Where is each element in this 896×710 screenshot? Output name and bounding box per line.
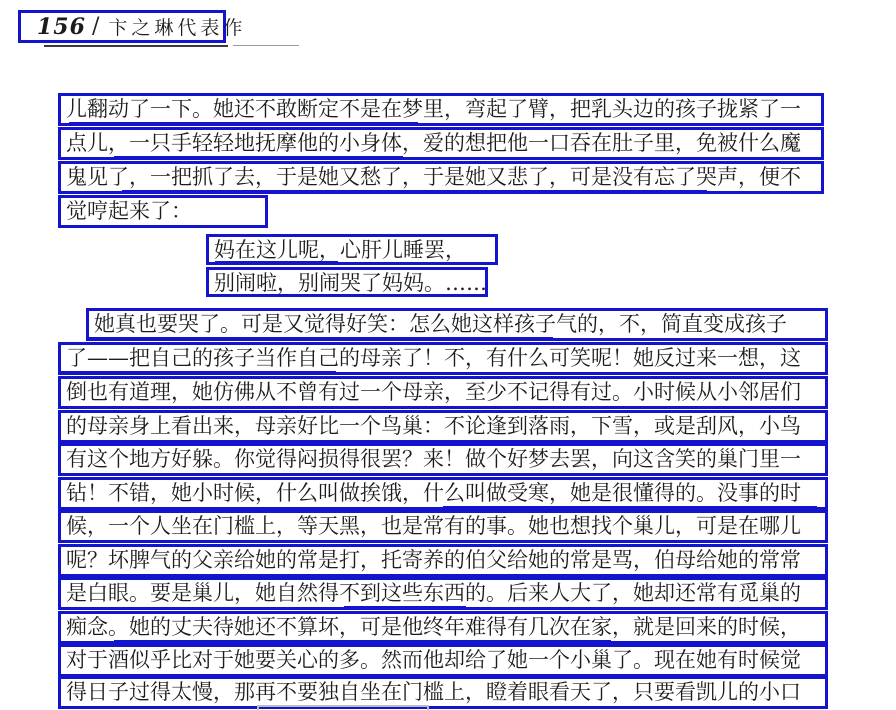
ocr-line-text: 钻！不错，她小时候，什么叫做挨饿，什么叫做受寒，她是很懂得的。没事的时 <box>61 480 825 506</box>
word-annotation-underline <box>122 190 707 193</box>
word-annotation-underline <box>114 156 403 159</box>
word-annotation-underline <box>114 640 611 643</box>
ocr-line-box: 别闹啦，别闹哭了妈妈。…… <box>206 267 488 297</box>
book-title: 卞之琳代表作 <box>108 13 246 40</box>
word-annotation-underline <box>89 337 553 340</box>
ocr-line-text: 点儿，一只手轻轻地抚摩他的小身体，爱的想把他一口吞在肚子里，免被什么魔 <box>61 130 821 156</box>
ocr-line-box: 是白眼。要是巢儿，她自然得不到这些东西的。后来人大了，她却还常有觅巢的 <box>58 577 828 610</box>
ocr-line-text: 觉哼起来了： <box>61 198 265 224</box>
ocr-line-text: 儿翻动了一下。她还不敢断定不是在梦里，弯起了臂，把乳头边的孩子拢紧了一 <box>61 96 821 122</box>
ocr-line-box: 痴念。她的丈夫待她还不算坏，可是他终年难得有几次在家，就是回来的时候， <box>58 611 828 644</box>
ocr-line-box: 呢？坏脾气的父亲给她的常是打，托寄养的伯父给她的常是骂，伯母给她的常常 <box>58 544 828 577</box>
ocr-line-text: 痴念。她的丈夫待她还不算坏，可是他终年难得有几次在家，就是回来的时候， <box>61 614 825 640</box>
ocr-line-box: 她真也要哭了。可是又觉得好笑：怎么她这样孩子气的，不，简直变成孩子 <box>86 308 828 341</box>
word-annotation-underline <box>69 122 419 125</box>
header-rule-light <box>233 45 299 46</box>
scanned-page: 156 / 卞之琳代表作 儿翻动了一下。她还不敢断定不是在梦里，弯起了臂，把乳头… <box>0 0 896 710</box>
ocr-line-text: 呢？坏脾气的父亲给她的常是打，托寄养的伯父给她的常是骂，伯母给她的常常 <box>61 547 825 573</box>
ocr-line-box: 鬼见了，一把抓了去，于是她又愁了，于是她又悲了，可是没有忘了哭声，便不 <box>58 161 824 194</box>
ocr-line-text: 有这个地方好躲。你觉得闷损得很罢？来！做个好梦去罢，向这含笑的巢门里一 <box>61 446 825 472</box>
ocr-line-text: 候，一个人坐在门槛上，等天黑，也是常有的事。她也想找个巢儿，可是在哪儿 <box>61 513 825 539</box>
word-annotation-underline <box>443 506 817 509</box>
ocr-line-text: 别闹啦，别闹哭了妈妈。…… <box>209 270 485 296</box>
ocr-line-box: 倒也有道理，她仿佛从不曾有过一个母亲，至少不记得有过。小时候从小邻居们 <box>58 376 828 409</box>
ocr-line-box: 的母亲身上看出来，母亲好比一个鸟巢：不论逢到落雨，下雪，或是刮风，小鸟 <box>58 410 828 443</box>
word-annotation-underline <box>344 606 466 609</box>
page-number: 156 <box>37 14 86 40</box>
word-annotation-underline <box>215 261 338 264</box>
ocr-line-box: 点儿，一只手轻轻地抚摩他的小身体，爱的想把他一口吞在肚子里，免被什么魔 <box>58 127 824 160</box>
header-rule <box>44 45 228 47</box>
cutoff-line-box <box>257 705 429 710</box>
ocr-line-box: 儿翻动了一下。她还不敢断定不是在梦里，弯起了臂，把乳头边的孩子拢紧了一 <box>58 93 824 126</box>
ocr-line-box: 了——把自己的孩子当作自己的母亲了！不，有什么可笑呢！她反过来一想，这 <box>58 342 828 375</box>
ocr-line-box: 候，一个人坐在门槛上，等天黑，也是常有的事。她也想找个巢儿，可是在哪儿 <box>58 510 828 543</box>
ocr-line-text: 对于酒似乎比对于她要关心的多。然而他却给了她一个小巢了。现在她有时候觉 <box>61 647 825 673</box>
ocr-line-box: 得日子过得太慢，那再不要独自坐在门槛上，瞪着眼看天了，只要看凯儿的小口 <box>58 676 828 709</box>
ocr-line-text: 鬼见了，一把抓了去，于是她又愁了，于是她又悲了，可是没有忘了哭声，便不 <box>61 164 821 190</box>
ocr-line-text: 是白眼。要是巢儿，她自然得不到这些东西的。后来人大了，她却还常有觅巢的 <box>61 580 825 606</box>
ocr-line-box: 有这个地方好躲。你觉得闷损得很罢？来！做个好梦去罢，向这含笑的巢门里一 <box>58 443 828 476</box>
ocr-line-box: 对于酒似乎比对于她要关心的多。然而他却给了她一个小巢了。现在她有时候觉 <box>58 644 828 677</box>
ocr-line-text: 倒也有道理，她仿佛从不曾有过一个母亲，至少不记得有过。小时候从小邻居们 <box>61 379 825 405</box>
ocr-line-text: 得日子过得太慢，那再不要独自坐在门槛上，瞪着眼看天了，只要看凯儿的小口 <box>61 679 825 705</box>
header-divider: / <box>92 14 99 39</box>
ocr-line-text: 的母亲身上看出来，母亲好比一个鸟巢：不论逢到落雨，下雪，或是刮风，小鸟 <box>61 413 825 439</box>
ocr-line-text: 了——把自己的孩子当作自己的母亲了！不，有什么可笑呢！她反过来一想，这 <box>61 345 825 371</box>
ocr-line-text: 妈在这儿呢，心肝儿睡罢， <box>209 237 495 263</box>
ocr-line-box: 钻！不错，她小时候，什么叫做挨饿，什么叫做受寒，她是很懂得的。没事的时 <box>58 477 828 510</box>
word-annotation-underline <box>61 371 336 374</box>
ocr-line-text: 她真也要哭了。可是又觉得好笑：怎么她这样孩子气的，不，简直变成孩子 <box>89 311 825 337</box>
header-annotation-box: 156 / 卞之琳代表作 <box>18 10 226 43</box>
ocr-line-box: 妈在这儿呢，心肝儿睡罢， <box>206 234 498 265</box>
ocr-line-box: 觉哼起来了： <box>58 195 268 228</box>
